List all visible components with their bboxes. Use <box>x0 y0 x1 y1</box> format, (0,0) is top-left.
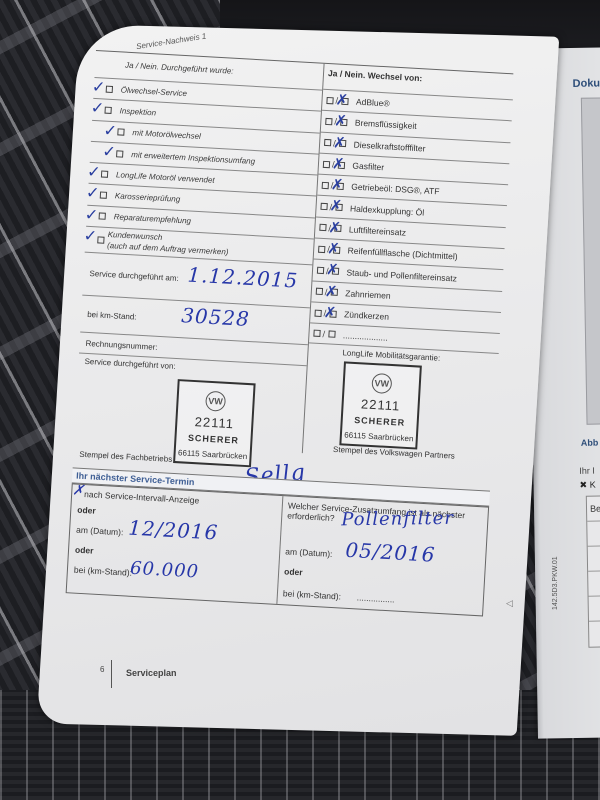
cross-mark-icon: ✗ <box>335 90 349 109</box>
right-page-table: Bes <box>586 495 600 648</box>
right-page-table-head: Bes <box>587 496 600 522</box>
replaced-item-label: Staub- und Pollenfiltereinsatz <box>346 267 457 283</box>
footer-divider <box>111 660 112 688</box>
performed-column: Ja / Nein. Durchgeführt wurde: ✓Ölwechse… <box>73 51 324 476</box>
performed-item-label: Kundenwunsch <box>107 230 162 242</box>
checkbox[interactable] <box>104 107 111 114</box>
performed-item-label: Inspektion <box>119 106 156 117</box>
checkbox[interactable] <box>116 150 123 157</box>
right-page-title: Doku <box>573 77 600 89</box>
vw-logo-icon: VW <box>205 391 226 412</box>
performed-item-label: mit erweitertem Inspektionsumfang <box>131 150 255 166</box>
check-mark-icon: ✓ <box>103 123 117 138</box>
checkbox[interactable] <box>99 213 106 220</box>
next-service-left: ✗ nach Service-Intervall-Anzeige oder am… <box>67 484 284 604</box>
replaced-item-label: Gasfilter <box>352 161 384 173</box>
replaced-item-label: Luftfiltereinsatz <box>349 224 407 237</box>
yes-checkbox[interactable] <box>326 97 333 104</box>
checkbox[interactable] <box>106 85 113 92</box>
partner-stamp: VW 22111 SCHERER 66115 Saarbrücken <box>339 362 422 450</box>
cross-mark-icon: ✗ <box>334 112 348 131</box>
check-mark-icon: ✓ <box>84 207 98 222</box>
check-mark-icon: ✓ <box>102 144 116 159</box>
yes-checkbox[interactable] <box>322 182 329 189</box>
next-km-value: 60.000 <box>130 558 200 583</box>
check-mark-icon: ✓ <box>90 101 104 116</box>
replaced-item-label: Reifenfüllflasche (Dichtmittel) <box>347 246 457 262</box>
check-mark-icon: ✓ <box>86 186 100 201</box>
interval-label: nach Service-Intervall-Anzeige <box>84 489 200 505</box>
replaced-item-label: Zahnriemen <box>345 288 391 301</box>
replaced-item-label: Haldexkupplung: Öl <box>350 203 425 217</box>
yes-checkbox[interactable] <box>324 139 331 146</box>
right-page-figure <box>581 97 600 425</box>
cross-mark-icon: ✗ <box>328 218 342 237</box>
next-service-right: Welcher Service-Zusatzumfang ist als näc… <box>276 496 488 615</box>
extra-service-value: Pollenfilter <box>341 508 454 531</box>
corner-mark-icon: ◁ <box>506 598 513 609</box>
yes-checkbox[interactable] <box>325 118 332 125</box>
right-page-item: ✖ K <box>580 480 596 491</box>
longlife-field: LongLife Mobilitätsgarantie: VW 22111 SC… <box>303 344 499 464</box>
performed-item-label: LongLife Motoröl verwendet <box>116 170 215 184</box>
checkbox[interactable] <box>97 236 104 243</box>
checkbox[interactable] <box>101 170 108 177</box>
right-page-caption: Abb <box>581 438 599 448</box>
yes-checkbox[interactable] <box>314 309 321 316</box>
cross-mark-icon: ✗ <box>330 176 344 195</box>
yes-checkbox[interactable] <box>319 224 326 231</box>
cross-mark-icon: ✗ <box>329 197 343 216</box>
service-date-value: 1.12.2015 <box>187 263 299 293</box>
page-code: 142.5D3.PKW.01 <box>552 556 559 610</box>
vw-logo-icon: VW <box>371 373 392 394</box>
km-value: 30528 <box>181 303 251 331</box>
no-checkbox[interactable] <box>328 331 335 338</box>
checkbox[interactable] <box>117 129 124 136</box>
check-mark-icon: ✓ <box>92 80 106 95</box>
replaced-item-label: Bremsflüssigkeit <box>355 118 417 131</box>
workshop-stamp: VW 22111 SCHERER 66115 Saarbrücken <box>173 379 256 467</box>
workshop-stamp-label: Stempel des Fachbetriebs <box>79 450 172 464</box>
replaced-list: /✗AdBlue®/✗Bremsflüssigkeit/✗Dieselkraft… <box>309 90 513 354</box>
replaced-item-label: Dieselkraftstofffilter <box>353 139 425 153</box>
next-service-box: ✗ nach Service-Intervall-Anzeige oder am… <box>66 483 489 616</box>
performed-item-label: Ölwechsel-Service <box>121 85 188 98</box>
performed-item-label: mit Motorölwechsel <box>132 128 201 141</box>
footer-section: Serviceplan <box>126 668 177 678</box>
cross-mark-icon: ✗ <box>332 154 346 173</box>
cross-mark-icon: ✗ <box>323 303 337 322</box>
replaced-item-label: Zündkerzen <box>344 309 389 321</box>
cross-mark-icon: ✗ <box>327 239 341 258</box>
performed-item-label: Karosserieprüfung <box>115 191 181 204</box>
page-number: 6 <box>100 665 104 674</box>
extra-date-value: 05/2016 <box>345 538 436 567</box>
right-page-text: Ihr I <box>579 466 595 476</box>
performed-list: ✓Ölwechsel-Service✓Inspektion✓mit Motorö… <box>85 78 322 266</box>
replaced-item-label: Getriebeöl: DSG®, ATF <box>351 182 440 197</box>
yes-checkbox[interactable] <box>313 330 320 337</box>
cross-mark-icon: ✗ <box>333 133 347 152</box>
yes-checkbox[interactable] <box>317 267 324 274</box>
cross-mark-icon: ✗ <box>326 261 340 280</box>
replaced-column: Ja / Nein. Wechsel von: /✗AdBlue®/✗Brems… <box>302 64 514 464</box>
yes-checkbox[interactable] <box>323 160 330 167</box>
yes-checkbox[interactable] <box>316 288 323 295</box>
check-mark-icon: ✓ <box>83 229 97 244</box>
performed-item-label: Reparaturempfehlung <box>113 213 191 226</box>
replaced-item-label: AdBlue® <box>356 97 390 109</box>
check-mark-icon: ✓ <box>87 165 101 180</box>
next-date-value: 12/2016 <box>128 516 219 545</box>
replaced-item-label: ................... <box>343 330 388 342</box>
cross-mark-icon: ✗ <box>324 282 338 301</box>
yes-checkbox[interactable] <box>318 245 325 252</box>
service-record-form: Service-Nachweis 1 Ja / Nein. Durchgefüh… <box>64 50 513 642</box>
performed-by-field: Service durchgeführt von: VW 22111 SCHER… <box>73 354 307 477</box>
checkbox[interactable] <box>100 192 107 199</box>
yes-checkbox[interactable] <box>320 203 327 210</box>
